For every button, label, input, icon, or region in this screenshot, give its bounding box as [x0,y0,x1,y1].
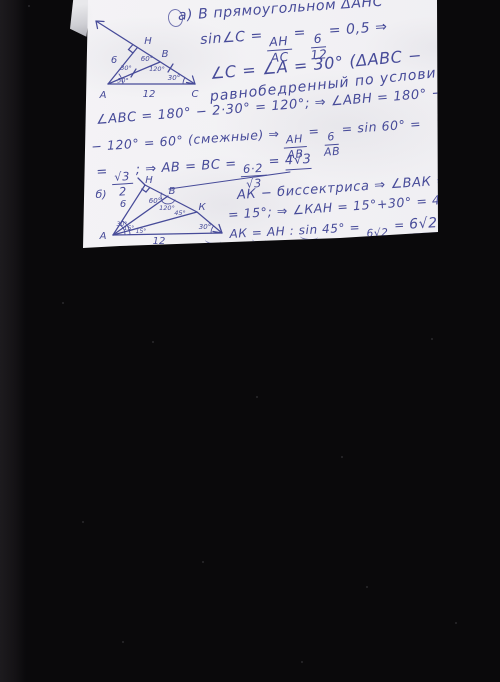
notebook-paper: а) В прямоугольном ΔАНС sin∠С =АНАС=612=… [0,0,500,262]
vertex-label-b: В [169,186,176,197]
side-label-ac: 12 [143,89,156,100]
angle-label-akb: 45° [174,209,186,217]
answer-4sqrt3: 4√3 [284,152,312,171]
angle-label-bac: 30° [117,77,129,85]
equals-sign: = [394,218,405,233]
angle-label-hba: 60° [141,55,153,63]
dust-speck [152,341,154,343]
dust-speck [82,521,84,523]
angle-label-hab: 30° [120,64,132,72]
line6-post: = sin 60° = [341,116,421,137]
equals-sign: = [268,154,280,170]
scanned-homework-photo: а) В прямоугольном ΔАНС sin∠С =АНАС=612=… [0,0,500,682]
equals-sign: = [293,25,306,42]
fraction-denominator: 1 [374,241,382,253]
fraction-denominator: АВ [324,144,341,158]
angle-label-kca: 30° [199,223,211,231]
vertex-label-a: А [99,90,107,100]
vertex-label-a: А [99,231,107,242]
answer-6sqrt2: 6√2. [409,215,443,235]
cutoff-pen-stroke [252,236,266,244]
vertex-label-h: Н [144,36,152,47]
angle-label-abk: 120° [159,204,175,212]
line6-pre: − 120° = 60° (смежные) ⇒ [91,126,280,154]
scanner-background-band [0,0,26,682]
dust-speck [341,456,343,458]
dust-speck [202,561,204,563]
dust-speck [366,586,368,588]
dust-speck [62,302,64,304]
fraction-numerator: 6 [324,131,339,145]
right-angle-mark [129,45,134,53]
vertex-label-c: С [192,89,199,100]
vertex-label-k: К [198,202,206,213]
figure-a: Н В А С 6 12 60° 120° 30° 30° 30° [85,8,220,100]
angle-label-kac: 15° [136,228,147,235]
fraction-6-ab: 6АВ [323,131,341,158]
dust-speck [455,622,457,624]
dust-speck [431,338,433,340]
angle-label-bca: 30° [168,74,180,82]
fraction-6sqrt2-1: 6√21 [363,227,392,254]
angle-label-bak: 15° [124,225,135,232]
line2-post: = 0,5 ⇒ [328,19,388,39]
side-label-ac: 12 [153,236,166,247]
angle-arc-c [183,78,185,85]
long-stroke-to-text [169,172,290,189]
vertex-label-b: В [162,49,169,60]
fraction-numerator: 6 [310,32,325,48]
dust-speck [28,5,30,7]
part-b-label: б) [95,188,106,201]
side-label-ah: 6 [111,55,117,66]
equals-sign: = [308,123,320,139]
segment-ac [113,233,222,235]
dust-speck [256,396,258,398]
figure-b: б) Н В К А 6 12 60° 120° 45° 30° 15° 15°… [85,169,295,257]
angle-label-abc: 120° [149,65,165,73]
fraction-numerator: 6√2 [363,227,392,242]
side-label-ah: 6 [120,199,126,210]
vertex-label-h: Н [145,175,153,186]
dust-speck [122,641,124,643]
line-extension-h [138,178,145,185]
dust-speck [301,661,303,663]
